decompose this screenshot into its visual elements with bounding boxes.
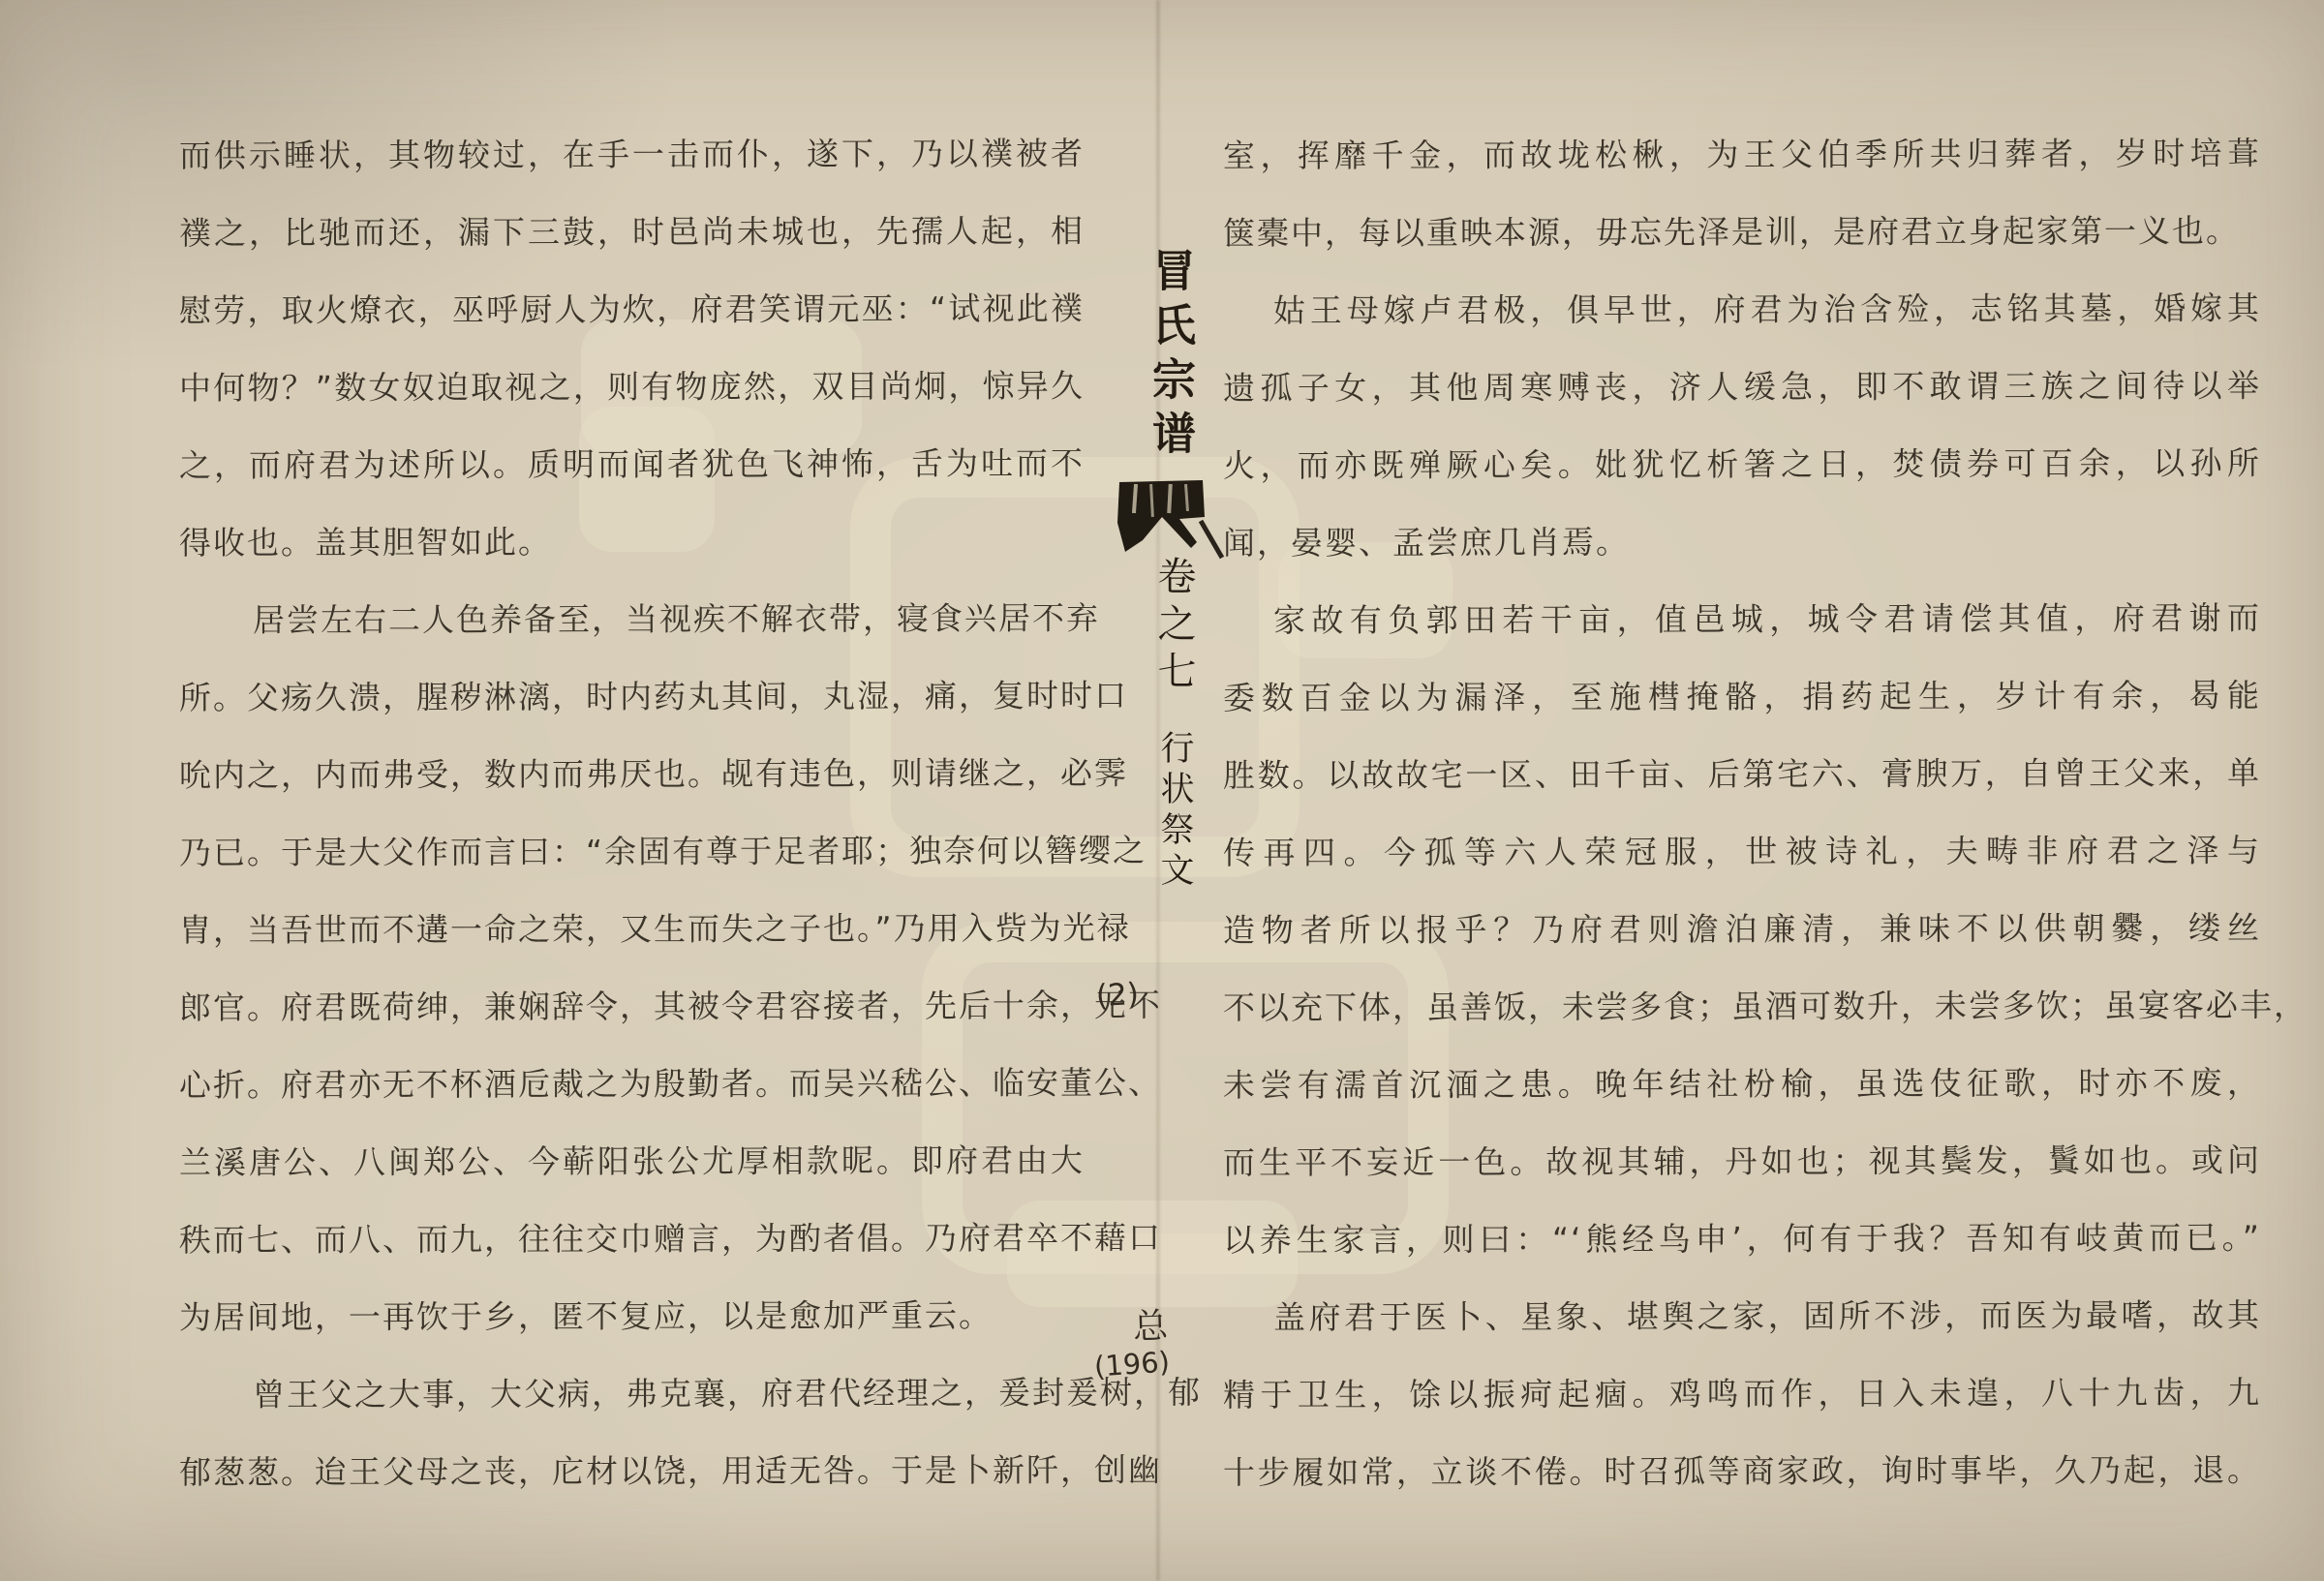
book-title: 冒氏宗谱	[1139, 248, 1202, 465]
left-page-line: 得收也。盖其胆智如此。	[179, 502, 1085, 582]
right-page-line: 而生平不妄近一色。故视其辅，丹如也；视其鬓发，鬒如也。或问	[1223, 1122, 2261, 1202]
left-page-line: 中何物？”数女奴迫取视之，则有物庞然，双目尚炯，惊异久	[179, 348, 1085, 427]
left-page-line: 胄，当吾世而不遘一命之荣，又生而失之子也。”乃用入赀为光禄	[179, 890, 1085, 969]
ink-seal-icon	[1114, 476, 1228, 565]
left-page-line: 所。父疡久溃，腥秽淋漓，时内药丸其间，丸湿，痛，复时时口	[179, 657, 1085, 737]
section-label: 行状祭文	[1150, 730, 1199, 893]
right-page-line: 精于卫生，馀以振疴起痼。鸡鸣而作，日入未遑，八十九齿，九	[1223, 1354, 2261, 1435]
right-page-line: 胜数。以故故宅一区、田千亩、后第宅六、膏腴万，自曾王父来，单	[1223, 735, 2261, 815]
left-page: 而供示睡状，其物较过，在手一击而仆，遂下，乃以襆被者襆之，比驰而还，漏下三鼓，时…	[179, 116, 1085, 1510]
right-page-line: 不以充下体，虽善饭，未尝多食；虽酒可数升，未尝多饮；虽宴客必丰，	[1223, 967, 2261, 1048]
left-page-line: 郁葱葱。迨王父母之丧，庀材以饶，用适无咎。于是卜新阡，创幽	[179, 1432, 1085, 1511]
right-page-line: 箧橐中，每以重映本源，毋忘先泽是训，是府君立身起家第一义也。	[1223, 193, 2261, 273]
total-page-number: (196)	[1093, 1345, 1171, 1383]
right-page: 室，挥靡千金，而故垅松楸，为王父伯季所共归葬者，岁时培葺箧橐中，每以重映本源，毋…	[1223, 116, 2261, 1510]
right-page-line: 家故有负郭田若干亩，值邑城，城令君请偿其值，府君谢而	[1223, 580, 2261, 660]
left-page-line: 乃已。于是大父作而言曰：“余固有尊于足者耶；独奈何以簪缨之	[179, 812, 1085, 892]
left-page-line: 吮内之，内而弗受，数内而弗厌也。觇有违色，则请继之，必霁	[179, 735, 1085, 814]
leaf-page-number: (2)	[1095, 977, 1140, 1014]
right-page-line: 遗孤子女，其他周寒赙丧，济人缓急，即不敢谓三族之间待以举	[1223, 348, 2261, 428]
total-label: 总	[1132, 1298, 1169, 1349]
left-page-line: 曾王父之大事，大父病，弗克襄，府君代经理之，爰封爰树，郁	[179, 1354, 1085, 1434]
right-page-line: 火，而亦既殚厥心矣。妣犹忆析箸之日，焚债券可百余，以孙所	[1223, 425, 2261, 505]
right-page-line: 未尝有濡首沉湎之患。晚年结社枌榆，虽选伎征歌，时亦不废，	[1223, 1045, 2261, 1125]
right-page-line: 以养生家言，则曰：“‘熊经鸟申’，何有于我？吾知有岐黄而已。”	[1223, 1200, 2261, 1280]
left-page-line: 之，而府君为述所以。质明而闻者犹色飞神怖，舌为吐而不	[179, 425, 1085, 504]
right-page-line: 闻，晏婴、孟尝庶几肖焉。	[1223, 502, 2261, 583]
left-page-line: 秩而七、而八、而九，往往交巾赠言，为酌者倡。乃府君卒不藉口	[179, 1200, 1085, 1279]
left-page-line: 兰溪唐公、八闽郑公、今蕲阳张公尤厚相款昵。即府君由大	[179, 1122, 1085, 1201]
left-page-line: 心折。府君亦无不杯酒卮胾之为殷勤者。而吴兴嵇公、临安董公、	[179, 1045, 1085, 1124]
right-page-line: 姑王母嫁卢君极，俱早世，府君为治含殓，志铭其墓，婚嫁其	[1223, 270, 2261, 350]
right-page-line: 室，挥靡千金，而故垅松楸，为王父伯季所共归葬者，岁时培葺	[1223, 115, 2261, 196]
left-page-line: 慰劳，取火燎衣，巫呼厨人为炊，府君笑谓元巫：“试视此襆	[179, 270, 1085, 350]
genealogy-scan-spread: { "document": { "title": "冒氏宗谱", "volume…	[0, 0, 2324, 1581]
left-page-line: 而供示睡状，其物较过，在手一击而仆，遂下，乃以襆被者	[179, 115, 1085, 195]
left-page-line: 襆之，比驰而还，漏下三鼓，时邑尚未城也，先孺人起，相	[179, 193, 1085, 272]
left-page-line: 居尝左右二人色养备至，当视疾不解衣带，寝食兴居不弃	[179, 580, 1085, 659]
volume-label: 卷之七	[1147, 556, 1202, 698]
right-page-line: 十步履如常，立谈不倦。时召孤等商家政，询时事毕，久乃起，退。	[1223, 1432, 2261, 1512]
left-page-line: 为居间地，一再饮于乡，匿不复应，以是愈加严重云。	[179, 1277, 1085, 1356]
right-page-line: 传再四。今孤等六人荣冠服，世被诗礼，夫畴非府君之泽与	[1223, 812, 2261, 893]
left-page-line: 郎官。府君既荷绅，兼娴辞令，其被令君容接者，先后十余，无不	[179, 967, 1085, 1047]
right-page-line: 造物者所以报乎？乃府君则澹泊廉清，兼味不以供朝爨，缕丝	[1223, 890, 2261, 970]
right-page-line: 盖府君于医卜、星象、堪舆之家，固所不涉，而医为最嗜，故其	[1223, 1277, 2261, 1357]
right-page-line: 委数百金以为漏泽，至施槥掩骼，捐药起生，岁计有余，曷能	[1223, 657, 2261, 738]
